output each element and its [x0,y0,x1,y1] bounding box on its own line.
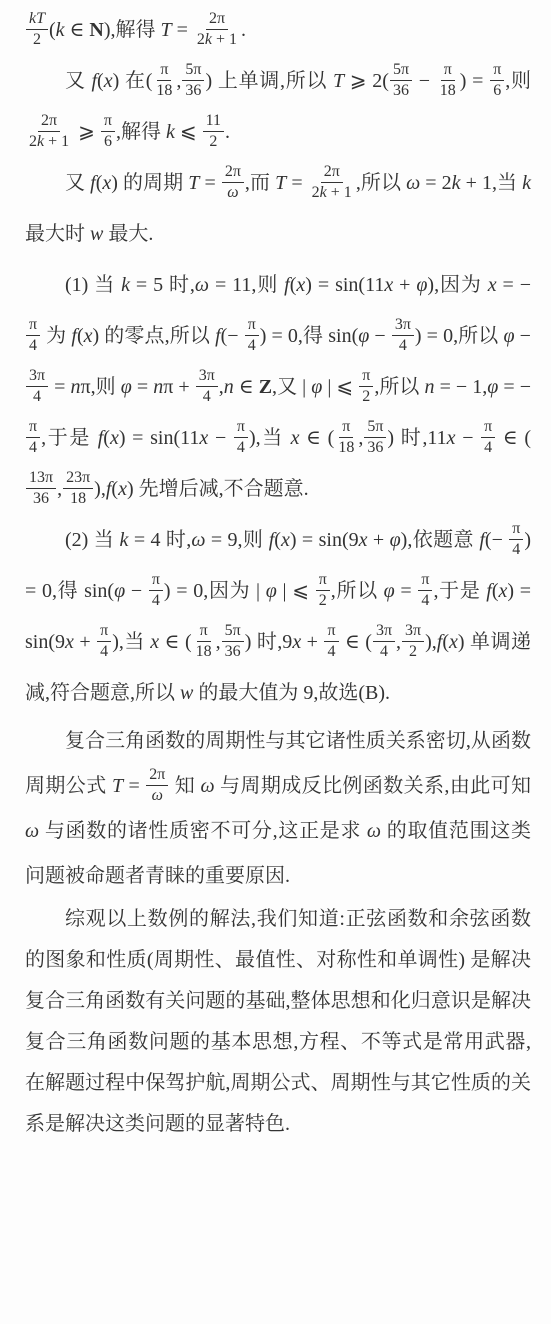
fraction-denominator: 6 [490,81,504,100]
text-run: ),依题意 [401,529,480,551]
text-run: . [241,19,246,41]
text-run: ,解得 [116,121,166,143]
text-run: = [49,376,70,398]
fraction-denominator: 4 [200,387,214,406]
text-run: ∈ [234,376,259,398]
text-run: + [368,529,390,551]
fraction-numerator: 2π [206,10,228,30]
text-run: 4 [152,592,160,609]
text-run: ) 时,9 [245,631,293,653]
text-run: , [57,478,62,500]
text-run: ) = sin(11 [305,274,384,296]
text-run: + [74,631,96,653]
text-run: 18 [70,490,86,507]
text-run: 4 [29,337,37,354]
text-run: π [327,622,335,639]
text-run: + [301,631,323,653]
text-run: 13π [29,469,53,486]
text-run: 36 [225,643,241,660]
text-run: + 1 [327,184,352,201]
text-run: , [176,70,181,92]
fraction: 2π2k + 1 [194,10,240,50]
text-run: | ⩽ [277,580,315,602]
text-run: 为 [41,325,71,347]
text-run: π [493,61,501,78]
text-run: π [319,571,327,588]
fraction-numerator: π [97,622,111,642]
text-run: 4 [237,439,245,456]
fraction-numerator: π [234,418,248,438]
text-run: − [125,580,148,602]
math-variable: T [333,70,344,92]
math-variable: k [522,172,531,194]
text-run: 4 [399,337,407,354]
text-run: ⩾ 2( [344,70,389,92]
text-run: ( [103,427,110,449]
fraction-denominator: 18 [153,81,175,100]
text-run: 最大. [103,223,153,245]
paragraph-7: 综观以上数例的解法,我们知道:正弦函数和余弦函数的图象和性质(周期性、最值性、对… [25,899,531,1145]
math-variable: x [359,529,368,551]
text-run: ) = [460,70,489,92]
fraction-numerator: 11 [203,112,224,132]
fraction-numerator: π [418,571,432,591]
fraction-denominator: ω [149,786,166,805]
text-run: 3π [376,622,392,639]
document-page: kT2(k ∈ N),解得 T = 2π2k + 1.又 f(x) 在(π18,… [0,0,551,1145]
text-run: = [172,19,193,41]
math-variable: x [447,427,456,449]
text-run: 综观以上数例的解法,我们知道:正弦函数和余弦函数的图象和性质(周期性、最值性、对… [25,908,531,1135]
text-run: ),当 [249,427,291,449]
fraction-numerator: π [197,622,211,642]
text-run: (1) 当 [65,274,121,296]
fraction-denominator: 4 [149,591,163,610]
text-run: ∈ ( [159,631,191,653]
math-variable: w [90,223,103,245]
text-run: (− [485,529,508,551]
math-variable: φ [390,529,401,551]
text-run: 5π [367,418,383,435]
text-run: π [152,571,160,588]
fraction-denominator: 4 [26,438,40,457]
text-run: ) = sin(11 [119,427,200,449]
fraction-numerator: π [101,112,115,132]
text-run: ,于是 [433,580,486,602]
text-run: 4 [380,643,388,660]
text-run: 2 [319,592,327,609]
fraction: 5π36 [182,61,204,101]
fraction-denominator: 18 [335,438,357,457]
fraction-numerator: π [339,418,353,438]
text-run: 又 [65,172,90,194]
text-run: ) = sin(9 [290,529,359,551]
text-run: 2 [362,388,370,405]
math-variable: φ [114,580,125,602]
text-run: 18 [338,439,354,456]
text-run: ), [425,631,437,653]
fraction-numerator: 3π [373,622,395,642]
text-run: = 2 [420,172,451,194]
paragraph-6: 复合三角函数的周期性与其它诸性质关系密切,从函数周期公式 T = 2πω 知 ω… [25,719,531,899]
text-run: 最大时 [25,223,90,245]
fraction-denominator: 2 [359,387,373,406]
text-run: π [29,418,37,435]
fraction: π4 [245,316,259,356]
text-run: 4 [29,439,37,456]
fraction: 3π4 [373,622,395,662]
text-run: − [369,325,391,347]
text-run: π [160,61,168,78]
text-run: 11 [206,112,221,129]
fraction: 2π2k + 1 [26,112,72,152]
fraction-numerator: π [441,61,455,81]
fraction-denominator: 4 [245,336,259,355]
text-run: π [104,112,112,129]
fraction: 3π4 [392,316,414,356]
text-run: ∈ [65,19,90,41]
math-variable: x [110,427,119,449]
fraction-numerator: π [359,367,373,387]
math-variable: x [104,70,113,92]
fraction-denominator: 36 [30,489,52,508]
math-variable: k [121,274,130,296]
fraction-numerator: π [481,418,495,438]
math-variable: x [84,325,93,347]
text-run: 36 [393,82,409,99]
math-variable: kT [29,10,45,27]
fraction: π18 [437,61,459,101]
fraction-denominator: 2k + 1 [309,183,355,202]
text-run: + [393,274,416,296]
text-run: + 1 [212,31,237,48]
text-run: ) 在( [113,70,153,92]
text-run: − [456,427,481,449]
text-run: 18 [156,82,172,99]
math-variable: n [425,376,435,398]
text-run: 2 [197,31,205,48]
fraction-denominator: 4 [30,387,44,406]
text-run: . [225,121,230,143]
text-run: π [248,316,256,333]
text-run: π [237,418,245,435]
text-run: ( [442,631,449,653]
text-run: ⩾ [73,121,100,143]
math-variable: w [180,682,193,704]
text-run: ) 的零点,所以 [93,325,216,347]
text-run: ( [49,19,56,41]
fraction: 5π36 [364,418,386,458]
text-run: + 1 [44,133,69,150]
text-run: ),解得 [104,19,161,41]
math-variable: ω [195,274,209,296]
text-run: , [216,631,221,653]
text-run: π [512,520,520,537]
text-run: (− [221,325,244,347]
fraction-numerator: 3π [26,367,48,387]
fraction-numerator: 23π [63,469,93,489]
fraction-numerator: 3π [196,367,218,387]
text-run: π [342,418,350,435]
fraction-numerator: 3π [392,316,414,336]
fraction-denominator: 4 [234,438,248,457]
fraction-denominator: 4 [324,642,338,661]
text-run: ( [97,70,104,92]
text-run: = 11,则 [209,274,284,296]
text-run: = [199,172,220,194]
text-run: 4 [100,643,108,660]
text-run: 3π [29,367,45,384]
math-variable: x [384,274,393,296]
fraction-numerator: π [324,622,338,642]
text-run: 36 [185,82,201,99]
text-run: − [515,325,531,347]
text-run: 2 [33,31,41,48]
paragraph-2: 又 f(x) 在(π18,5π36) 上单调,所以 T ⩾ 2(5π36 − π… [25,56,531,158]
text-run: ), [94,478,106,500]
math-variable: ω [152,787,163,804]
fraction-numerator: 2π [146,766,168,786]
text-run: ) = 0,所以 [415,325,504,347]
text-run: ) 时,11 [387,427,446,449]
text-run: 4 [203,388,211,405]
fraction: 13π36 [26,469,56,509]
text-run: ,则 [505,70,531,92]
fraction: π2 [359,367,373,407]
math-variable: T [112,775,123,797]
text-run: π [100,622,108,639]
text-run: 18 [440,82,456,99]
math-set-symbol: Z [259,376,272,398]
fraction-numerator: 3π [402,622,424,642]
fraction-numerator: 2π [38,112,60,132]
fraction-denominator: 4 [97,642,111,661]
text-run: 36 [367,439,383,456]
fraction-denominator: 18 [67,489,89,508]
fraction-denominator: 2 [316,591,330,610]
text-run: ( [492,580,499,602]
text-run: π [29,316,37,333]
text-run: 2 [29,133,37,150]
fraction-denominator: 4 [481,438,495,457]
fraction-denominator: 4 [26,336,40,355]
text-run: 2π [209,10,225,27]
text-run: 3π [395,316,411,333]
fraction: π4 [26,316,40,356]
fraction-denominator: 36 [390,81,412,100]
fraction-denominator: 18 [437,81,459,100]
text-run: 2π [225,163,241,180]
fraction-numerator: 5π [182,61,204,81]
text-run: − [208,427,233,449]
text-run: ,所以 [331,580,384,602]
text-run: = 4 时, [128,529,191,551]
math-variable: φ [384,580,395,602]
text-run: = 5 时, [130,274,195,296]
text-run: π,则 [80,376,120,398]
math-set-symbol: N [89,19,103,41]
fraction: π6 [490,61,504,101]
paragraph-5: (2) 当 k = 4 时,ω = 9,则 f(x) = sin(9x + φ)… [25,515,531,719]
fraction-denominator: 2 [30,30,44,49]
math-variable: x [150,631,159,653]
math-variable: x [296,274,305,296]
text-run: 2 [409,643,417,660]
text-run: + 1,当 [461,172,523,194]
text-run: = − 1, [435,376,488,398]
fraction: π18 [153,61,175,101]
fraction-numerator: π [26,316,40,336]
fraction-denominator: 2 [206,132,220,151]
text-run: 与周期成反比例函数关系,由此可知 [215,775,531,797]
math-variable: k [166,121,175,143]
text-run: 4 [484,439,492,456]
math-variable: x [281,529,290,551]
text-run: 4 [421,592,429,609]
fraction: kT2 [26,10,48,50]
text-run: , [358,427,363,449]
text-run: 5π [393,61,409,78]
fraction: π4 [324,622,338,662]
text-run: = 9,则 [205,529,268,551]
math-variable: n [70,376,80,398]
math-variable: φ [504,325,515,347]
math-variable: φ [266,580,277,602]
fraction: 2πω [146,766,168,806]
math-variable: x [291,427,300,449]
text-run: π + [163,376,194,398]
fraction-denominator: ω [224,183,241,202]
math-variable: n [153,376,163,398]
text-run: 2π [41,112,57,129]
fraction: π4 [481,418,495,458]
paragraph-3: 又 f(x) 的周期 T = 2πω,而 T = 2π2k + 1,所以 ω =… [25,158,531,260]
math-variable: x [65,631,74,653]
fraction: 3π2 [402,622,424,662]
math-variable: x [199,427,208,449]
text-run: 4 [512,541,520,558]
text-run: 2π [149,766,165,783]
fraction-denominator: 6 [101,132,115,151]
fraction: π6 [101,112,115,152]
paragraph-1: kT2(k ∈ N),解得 T = 2π2k + 1. [25,5,531,56]
text-run: ∈ ( [496,427,531,449]
fraction: π4 [149,571,163,611]
text-run: ( [274,529,281,551]
math-variable: φ [416,274,427,296]
fraction-numerator: π [157,61,171,81]
math-variable: ω [367,820,381,842]
text-run: ∈ ( [340,631,372,653]
text-run: 4 [248,337,256,354]
text-run: | ⩽ [322,376,358,398]
fraction-numerator: 2π [222,163,244,183]
text-run: 2 [209,133,217,150]
fraction: π4 [97,622,111,662]
fraction: π4 [509,520,523,560]
text-run: 4 [33,388,41,405]
fraction-denominator: 2 [406,642,420,661]
text-run: ∈ ( [300,427,335,449]
text-run: = [395,580,418,602]
fraction: 5π36 [222,622,244,662]
text-run: 18 [196,643,212,660]
fraction-denominator: 4 [377,642,391,661]
text-run: , [396,631,401,653]
math-variable: n [224,376,234,398]
text-run: 5π [185,61,201,78]
math-variable: x [102,172,111,194]
text-run: ,而 [245,172,275,194]
fraction-denominator: 36 [182,81,204,100]
text-run: 的最大值为 9,故选(B). [193,682,390,704]
math-variable: ω [406,172,420,194]
text-run: ) 的周期 [111,172,188,194]
fraction-denominator: 2k + 1 [26,132,72,151]
text-run: − [413,70,436,92]
text-run: ) = 0,因为 | [164,580,266,602]
text-run: ⩽ [175,121,202,143]
text-run: 6 [493,82,501,99]
math-variable: x [118,478,127,500]
text-run: ,又 | [272,376,311,398]
text-run: 36 [33,490,49,507]
text-run: 5π [225,622,241,639]
text-run: ),当 [112,631,150,653]
fraction-numerator: π [149,571,163,591]
text-run: π [421,571,429,588]
math-variable: T [188,172,199,194]
fraction: π4 [418,571,432,611]
text-run: π [444,61,452,78]
text-run: 23π [66,469,90,486]
text-run: = − [498,376,531,398]
fraction-numerator: 5π [390,61,412,81]
fraction: π4 [26,418,40,458]
text-run: ) 上单调,所以 [205,70,333,92]
text-run: = [286,172,307,194]
text-run: 2π [324,163,340,180]
fraction: 5π36 [390,61,412,101]
text-run: 3π [199,367,215,384]
text-run: 6 [104,133,112,150]
math-variable: φ [121,376,132,398]
fraction: π2 [316,571,330,611]
math-variable: k [452,172,461,194]
text-run: 4 [327,643,335,660]
math-variable: φ [487,376,498,398]
text-run: π [484,418,492,435]
fraction: 2π2k + 1 [309,163,355,203]
text-run: ,于是 [41,427,98,449]
math-variable: ω [227,184,238,201]
fraction-numerator: 5π [222,622,244,642]
math-variable: T [275,172,286,194]
math-variable: ω [201,775,215,797]
math-variable: x [292,631,301,653]
fraction: 3π4 [196,367,218,407]
fraction-numerator: π [26,418,40,438]
text-run: (2) 当 [65,529,120,551]
fraction: 112 [203,112,224,152]
text-run: 与函数的诸性质密不可分,这正是求 [39,820,367,842]
text-run: ) = 0,得 sin( [260,325,358,347]
text-run: ( [77,325,84,347]
math-variable: φ [311,376,322,398]
text-run: 3π [405,622,421,639]
fraction: π18 [193,622,215,662]
text-run: 2 [312,184,320,201]
